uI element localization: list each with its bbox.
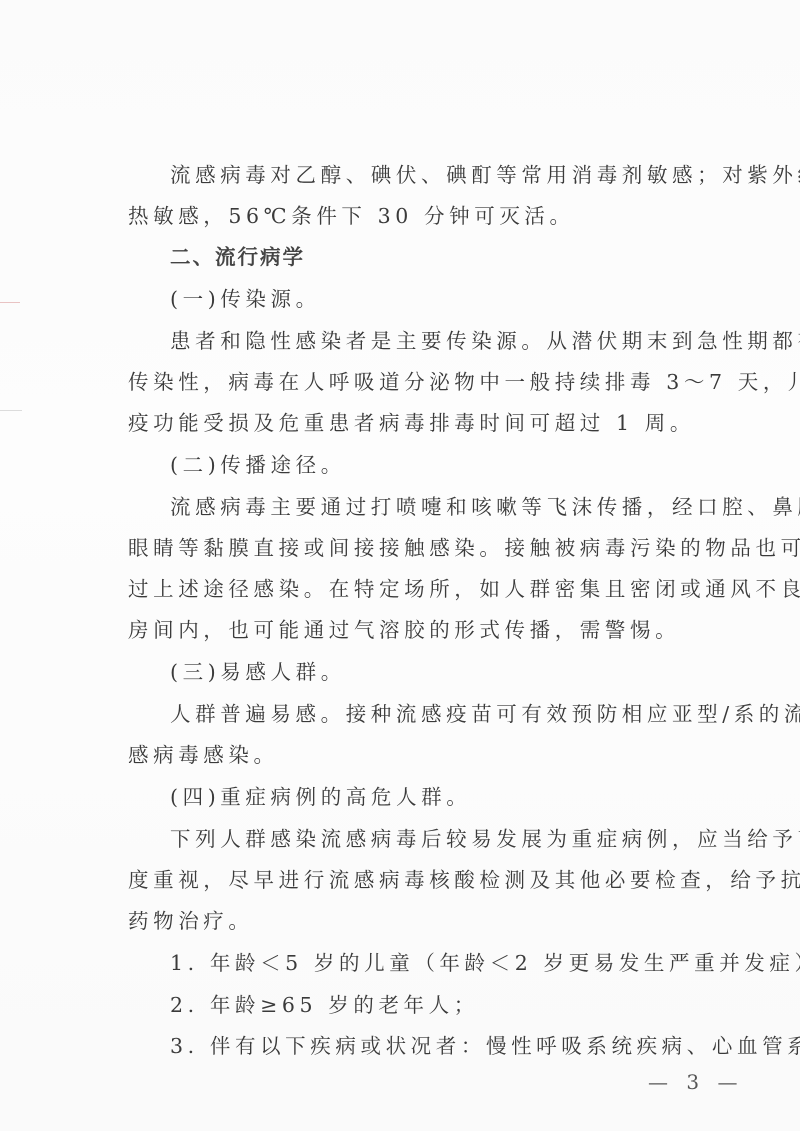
list-item-children: 1. 年龄＜5 岁的儿童（年龄＜2 岁更易发生严重并发症）； xyxy=(170,948,800,978)
paragraph-susceptible-line-2: 感病毒感染。 xyxy=(128,740,279,770)
paragraph-transmission-line-1: 流感病毒主要通过打喷嚏和咳嗽等飞沫传播，经口腔、鼻腔、 xyxy=(170,492,800,522)
paragraph-transmission-line-4: 房间内，也可能通过气溶胶的形式传播，需警惕。 xyxy=(128,615,680,645)
paragraph-transmission-line-2: 眼睛等黏膜直接或间接接触感染。接触被病毒污染的物品也可通 xyxy=(128,533,800,563)
document-page: 流感病毒对乙醇、碘伏、碘酊等常用消毒剂敏感；对紫外线和 热敏感，56℃条件下 3… xyxy=(0,0,800,1131)
list-item-elderly: 2. 年龄≥65 岁的老年人； xyxy=(170,990,479,1020)
paragraph-disinfectant-line-2: 热敏感，56℃条件下 30 分钟可灭活。 xyxy=(128,201,575,231)
paragraph-transmission-line-3: 过上述途径感染。在特定场所，如人群密集且密闭或通风不良的 xyxy=(128,574,800,604)
paragraph-disinfectant-line-1: 流感病毒对乙醇、碘伏、碘酊等常用消毒剂敏感；对紫外线和 xyxy=(170,160,800,190)
binding-mark xyxy=(0,302,20,303)
subheading-infection-source: (一)传染源。 xyxy=(170,284,321,314)
subheading-transmission: (二)传播途径。 xyxy=(170,450,346,480)
page-number: — 3 — xyxy=(648,1070,743,1094)
list-item-conditions: 3. 伴有以下疾病或状况者：慢性呼吸系统疾病、心血管系统疾 xyxy=(170,1031,800,1061)
section-heading-epidemiology: 二、流行病学 xyxy=(170,242,305,272)
paragraph-high-risk-line-1: 下列人群感染流感病毒后较易发展为重症病例，应当给予高 xyxy=(170,824,800,854)
paragraph-susceptible-line-1: 人群普遍易感。接种流感疫苗可有效预防相应亚型/系的流 xyxy=(170,699,800,729)
paragraph-source-line-2: 传染性，病毒在人呼吸道分泌物中一般持续排毒 3～7 天，儿童、免 xyxy=(128,367,800,397)
paragraph-high-risk-line-2: 度重视，尽早进行流感病毒核酸检测及其他必要检查，给予抗病毒 xyxy=(128,865,800,895)
subheading-susceptible: (三)易感人群。 xyxy=(170,657,346,687)
binding-mark xyxy=(0,410,22,411)
paragraph-source-line-1: 患者和隐性感染者是主要传染源。从潜伏期末到急性期都有 xyxy=(170,326,800,356)
paragraph-high-risk-line-3: 药物治疗。 xyxy=(128,906,254,936)
paragraph-source-line-3: 疫功能受损及危重患者病毒排毒时间可超过 1 周。 xyxy=(128,408,695,438)
subheading-high-risk: (四)重症病例的高危人群。 xyxy=(170,782,471,812)
